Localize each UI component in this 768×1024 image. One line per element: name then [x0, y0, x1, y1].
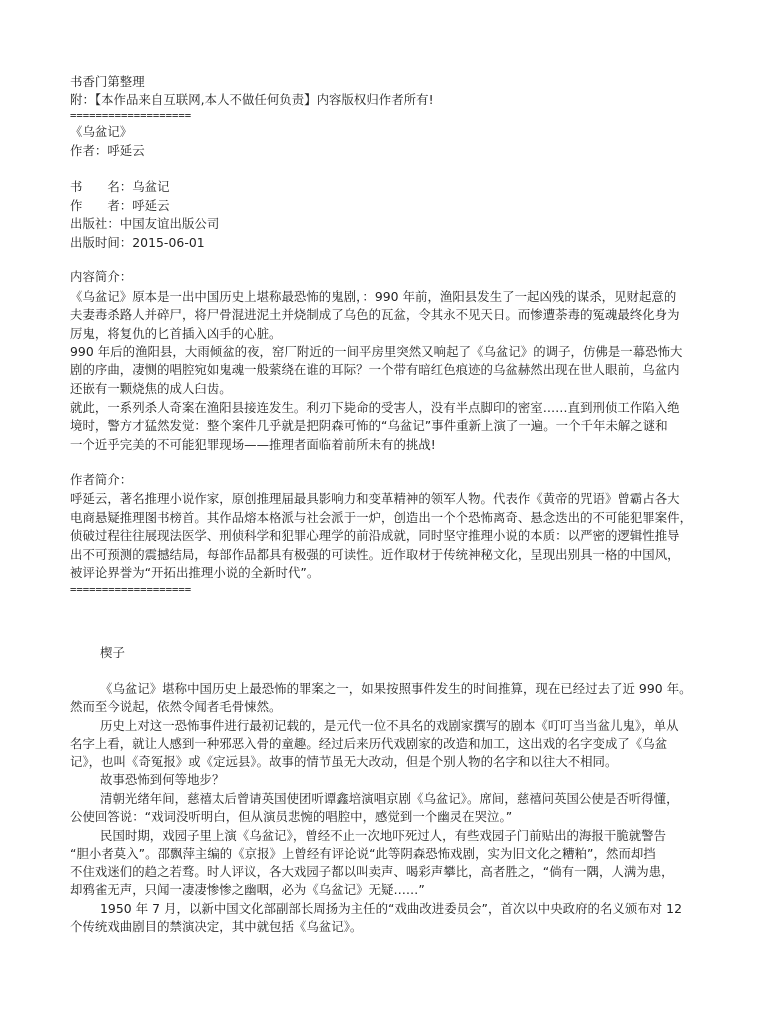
info-publish-date: 出版时间：2015-06-01 — [70, 234, 205, 252]
summary-line: 还嵌有一颗烧焦的成人臼齿。 — [70, 380, 232, 398]
info-title: 书 名：乌盆记 — [70, 178, 170, 196]
summary-line: 境时，警方才猛然发觉：整个案件几乎就是把阴森可怖的“乌盆记”事件重新上演了一遍。… — [70, 417, 668, 435]
summary-heading: 内容简介： — [70, 268, 132, 286]
prologue-line: “胆小者莫入”。邵飘萍主编的《京报》上曾经有评论说“此等阴森恐怖戏剧，实为旧文化… — [70, 845, 656, 863]
author-bio-line: 侦破过程往往展现法医学、刑侦科学和犯罪心理学的前沿成就，同时坚守推理小说的本质：… — [70, 527, 680, 545]
author-line: 作者：呼延云 — [70, 142, 145, 160]
info-publisher: 出版社：中国友谊出版公司 — [70, 215, 219, 233]
prologue-line: 公使回答说：“戏词没听明白，但从演员悲惋的唱腔中，感觉到一个幽灵在哭泣。” — [70, 808, 512, 826]
prologue-line: 历史上对这一恐怖事件进行最初记载的，是元代一位不具名的戏剧家撰写的剧本《叮叮当当… — [70, 717, 679, 735]
summary-line: 990 年后的渔阳县，大雨倾盆的夜，窑厂附近的一间平房里突然又响起了《乌盆记》的… — [70, 343, 683, 361]
prologue-line: 不住戏迷们的趋之若骛。时人评议，各大戏园子都以叫卖声、喝彩声攀比，高者胜之，“倘… — [70, 863, 674, 881]
prologue-line: 名字上看，就让人感到一种邪恶入骨的童趣。经过后来历代戏剧家的改造和加工，这出戏的… — [70, 735, 667, 753]
summary-line: 就此，一系列杀人奇案在渔阳县接连发生。利刃下毙命的受害人，没有半点脚印的密室……… — [70, 399, 680, 417]
author-bio-line: 被评论界誉为“开拓出推理小说的全新时代”。 — [70, 564, 319, 582]
author-bio-line: 出不可预测的震撼结局，每部作品都具有极强的可读性。近作取材于传统神秘文化，呈现出… — [70, 546, 680, 564]
prologue-heading: 楔子 — [70, 644, 125, 662]
source-credit: 书香门第整理 — [70, 73, 145, 91]
prologue-line: 清朝光绪年间，慈禧太后曾请英国使团听谭鑫培演唱京剧《乌盆记》。席间，慈禧问英国公… — [70, 790, 679, 808]
author-bio-heading: 作者简介： — [70, 471, 132, 489]
summary-line: 《乌盆记》原本是一出中国历史上堪称最恐怖的鬼剧，：990 年前，渔阳县发生了一起… — [70, 288, 676, 306]
book-title: 《乌盆记》 — [70, 123, 132, 141]
prologue-line: 民国时期，戏园子里上演《乌盆记》，曾经不止一次地吓死过人，有些戏园子门前贴出的海… — [70, 827, 666, 845]
prologue-line: 记》，也叫《奇冤报》或《定远县》。故事的情节虽无大改动，但是个别人物的名字和以往… — [70, 753, 617, 771]
prologue-line: 然而至今说起，依然令闻者毛骨悚然。 — [70, 698, 282, 716]
prologue-line: 《乌盆记》堪称中国历史上最恐怖的罪案之一，如果按照事件发生的时间推算，现在已经过… — [70, 680, 692, 698]
prologue-line: 却鸦雀无声，只闻一凄凄惨惨之幽咽，必为《乌盆记》无疑……” — [70, 881, 425, 899]
prologue-line: 故事恐怖到何等地步？ — [70, 771, 224, 789]
author-bio-line: 呼延云，著名推理小说作家，原创推理届最具影响力和变革精神的领军人物。代表作《黄帝… — [70, 490, 680, 508]
summary-line: 一个近乎完美的不可能犯罪现场——推理者面临着前所未有的挑战! — [70, 436, 436, 454]
prologue-line: 1950 年 7 月，以新中国文化部副部长周扬为主任的“戏曲改进委员会”，首次以… — [70, 900, 682, 918]
summary-line: 夫妻毒杀路人并碎尸，将尸骨混进泥土并烧制成了乌色的瓦盆，令其永不见天日。而惨遭荼… — [70, 306, 680, 324]
separator-rule: =================== — [70, 581, 191, 599]
prologue-line: 个传统戏曲剧目的禁演决定，其中就包括《乌盆记》。 — [70, 918, 362, 936]
summary-line: 厉鬼，将复仇的匕首插入凶手的心脏。 — [70, 325, 282, 343]
info-author: 作 者：呼延云 — [70, 197, 170, 215]
summary-line: 剧的序曲，凄恻的唱腔宛如鬼魂一般萦绕在谁的耳际？一个带有暗红色痕迹的乌盆赫然出现… — [70, 361, 680, 379]
author-bio-line: 电商悬疑推理图书榜首。其作品熔本格派与社会派于一炉，创造出一个个恐怖离奇、悬念迭… — [70, 509, 692, 527]
